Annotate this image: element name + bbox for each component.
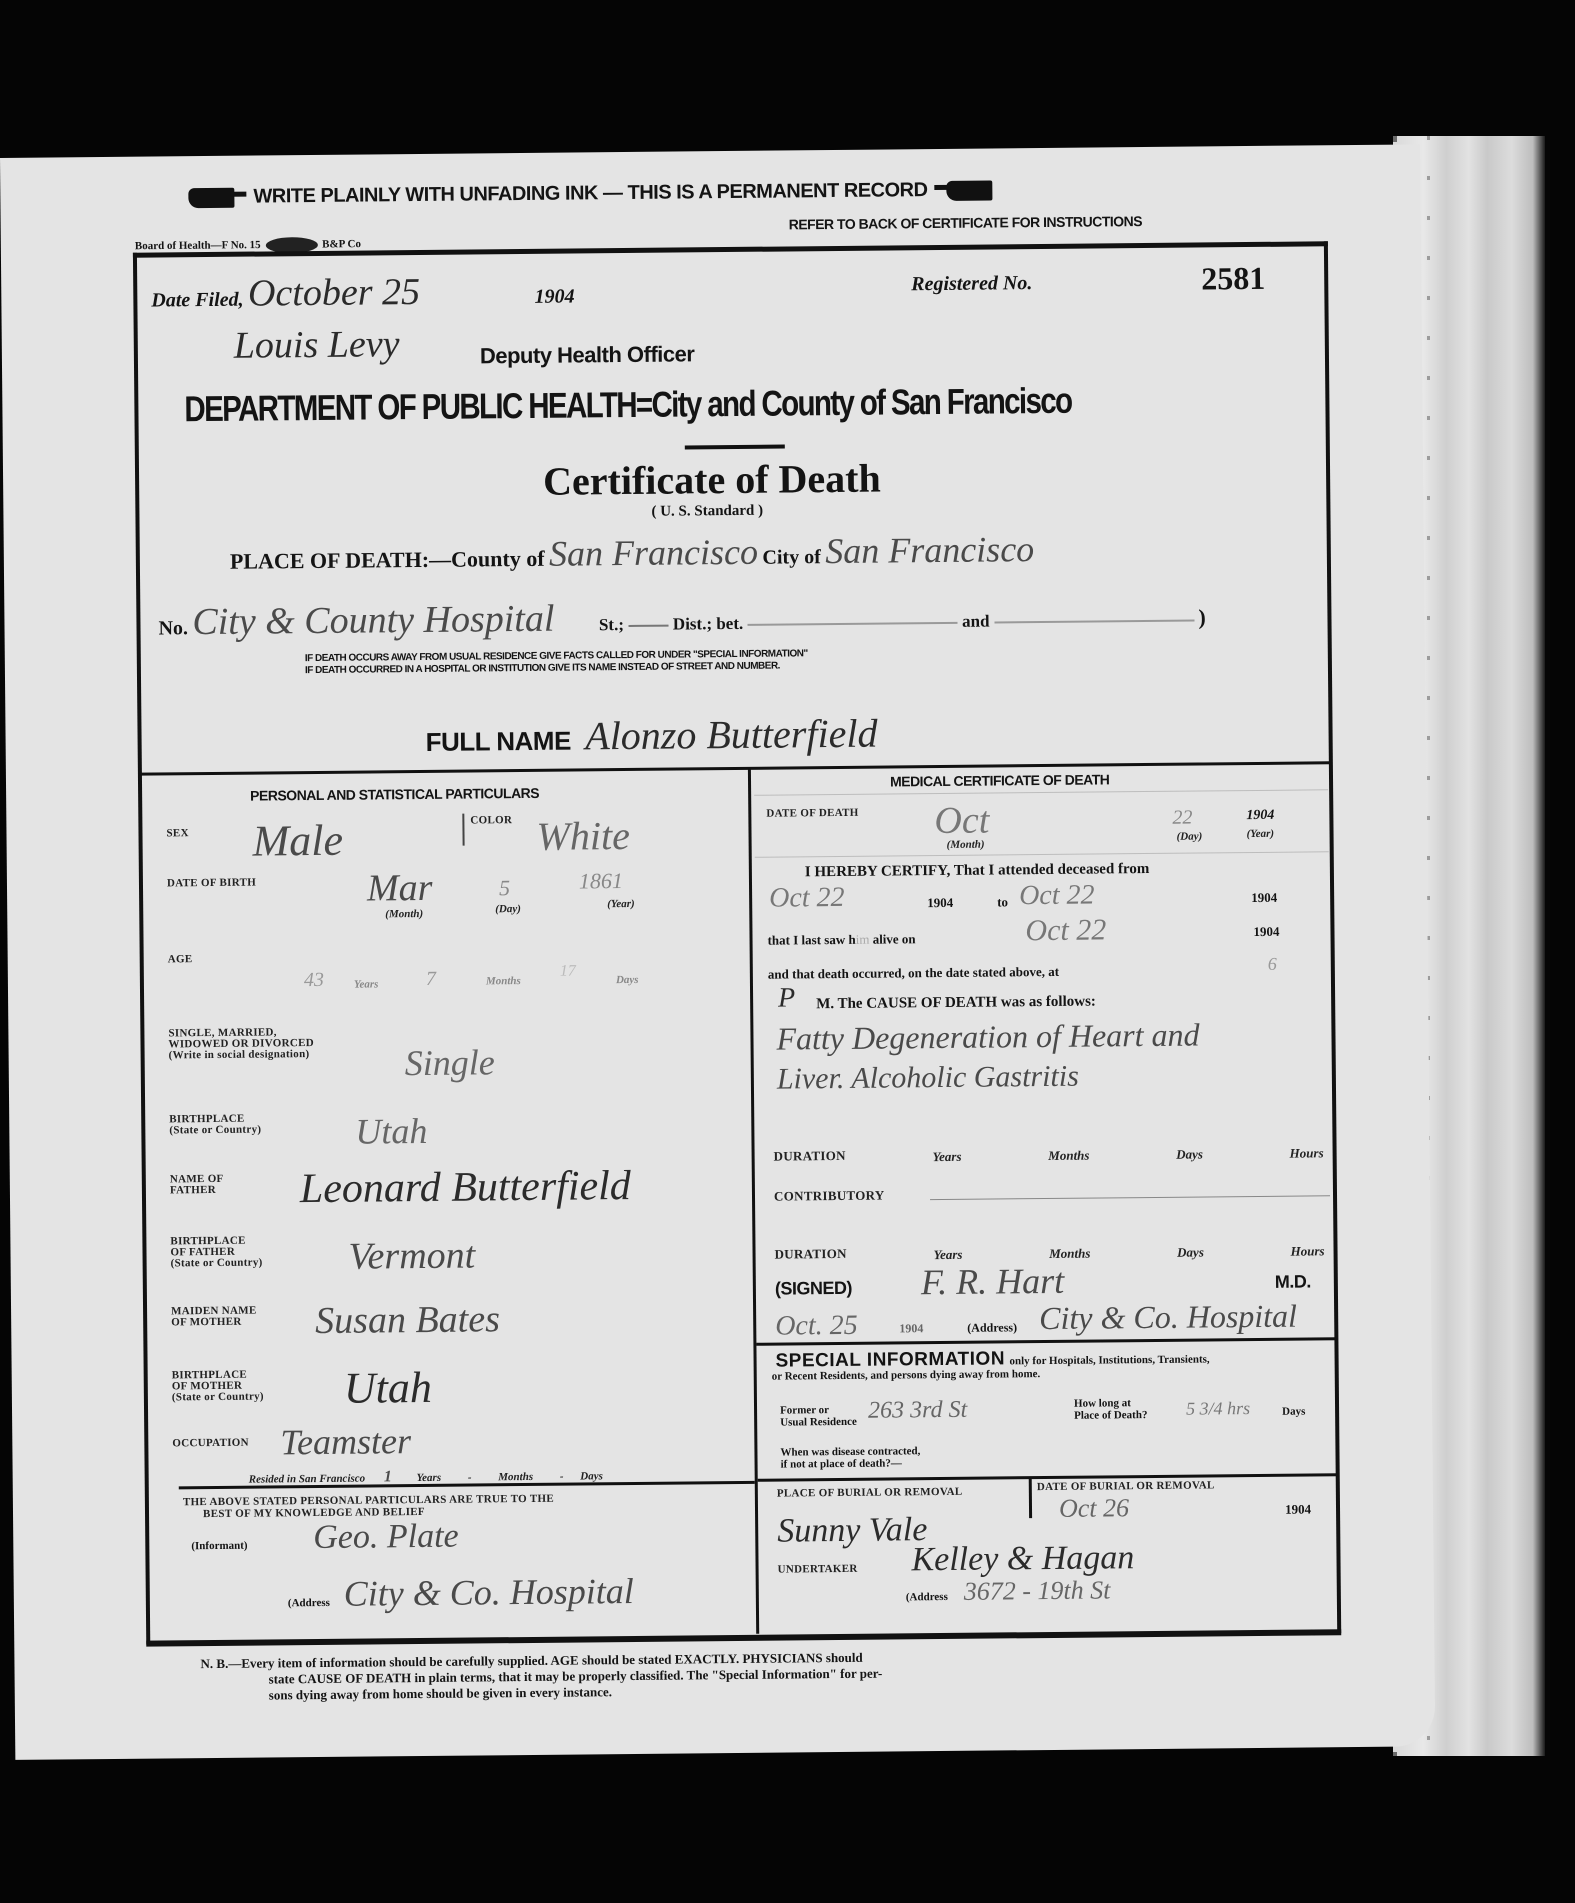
certificate-page: WRITE PLAINLY WITH UNFADING INK — THIS I… (0, 144, 1435, 1760)
age-months: 7 (426, 968, 436, 991)
time-hour: 6 (1268, 954, 1277, 975)
father-name: Leonard Butterfield (300, 1162, 631, 1213)
name-divider (140, 761, 1330, 775)
dod-year: 1904 (1246, 808, 1274, 824)
mother-birthplace: Utah (344, 1362, 432, 1414)
how-long-value: 5 3/4 hrs (1186, 1398, 1250, 1420)
last-saw-date: Oct 22 (1025, 913, 1106, 948)
occupation-value: Teamster (280, 1420, 411, 1463)
signed-date: Oct. 25 (775, 1310, 858, 1343)
father-birthplace: Vermont (348, 1233, 475, 1278)
color-value: White (536, 812, 630, 860)
certificate-subtitle: ( U. S. Standard ) (651, 503, 763, 521)
officer-title: Deputy Health Officer (480, 341, 695, 369)
burial-date: Oct 26 (1059, 1493, 1129, 1524)
informant-name: Geo. Plate (313, 1518, 459, 1557)
registered-number: 2581 (1201, 260, 1265, 298)
certificate-title: Certificate of Death (543, 455, 881, 505)
place-note: IF DEATH OCCURS AWAY FROM USUAL RESIDENC… (305, 648, 808, 677)
frame-right (1324, 241, 1341, 1633)
footnote: N. B.—Every item of information should b… (200, 1650, 882, 1705)
physician-signature: F. R. Hart (921, 1260, 1065, 1303)
frame-bottom (146, 1629, 1341, 1646)
attended-to: Oct 22 (1019, 880, 1095, 913)
date-filed: Date Filed, October 25 1904 (151, 268, 575, 316)
burial-place: Sunny Vale (777, 1511, 927, 1550)
full-name-value: Alonzo Butterfield (585, 711, 878, 759)
registered-label: Registered No. (911, 272, 1032, 296)
divider (685, 444, 785, 449)
cause-of-death-line2: Liver. Alcoholic Gastritis (777, 1060, 1079, 1097)
attended-from: Oct 22 (769, 882, 845, 915)
marital-value: Single (405, 1041, 495, 1084)
time-meridiem: P (778, 982, 795, 1014)
undertaker-address: 3672 - 19th St (964, 1575, 1111, 1606)
sex-value: Male (252, 815, 343, 867)
personal-heading: PERSONAL AND STATISTICAL PARTICULARS (250, 785, 539, 804)
officer-signature: Louis Levy (234, 322, 400, 368)
certify-text: I HEREBY CERTIFY, That I attended deceas… (805, 861, 1150, 881)
column-divider (748, 769, 759, 1634)
age-years: 43 (304, 969, 324, 992)
pointing-hand-icon (188, 187, 234, 207)
contributory-blank (930, 1195, 1330, 1200)
age-days: 17 (560, 963, 576, 981)
dob-month: Mar (367, 866, 433, 911)
former-residence: 263 3rd St (868, 1397, 967, 1425)
city-value: San Francisco (825, 529, 1034, 571)
dob-day: 5 (499, 875, 510, 901)
county-value: San Francisco (549, 532, 758, 574)
full-name-row: FULL NAME Alonzo Butterfield (425, 710, 877, 761)
duration-row-1: DURATION Years Months Days Hours (774, 1145, 1324, 1166)
dod-day: 22 (1172, 807, 1192, 830)
birthplace-value: Utah (355, 1110, 427, 1153)
place-of-death: PLACE OF DEATH:—County of San Francisco … (230, 528, 1035, 578)
undertaker-name: Kelley & Hagan (911, 1539, 1134, 1579)
informant-address: City & Co. Hospital (344, 1570, 634, 1615)
frame-left (133, 253, 150, 1645)
medical-heading: MEDICAL CERTIFICATE OF DEATH (890, 771, 1109, 789)
instructions-note: REFER TO BACK OF CERTIFICATE FOR INSTRUC… (789, 213, 1143, 232)
pointing-hand-icon (946, 180, 992, 200)
department-heading: DEPARTMENT OF PUBLIC HEALTH=City and Cou… (184, 380, 1071, 431)
mother-name: Susan Bates (315, 1297, 500, 1343)
cause-of-death-line1: Fatty Degeneration of Heart and (776, 1017, 1199, 1058)
dob-year: 1861 (579, 868, 623, 894)
death-address-row: No. City & County Hospital St.; Dist.; b… (158, 590, 1206, 644)
banner: WRITE PLAINLY WITH UNFADING INK — THIS I… (188, 178, 992, 209)
dod-month: Oct (934, 799, 989, 844)
physician-address: City & Co. Hospital (1039, 1298, 1297, 1337)
death-address: City & County Hospital (192, 598, 554, 643)
